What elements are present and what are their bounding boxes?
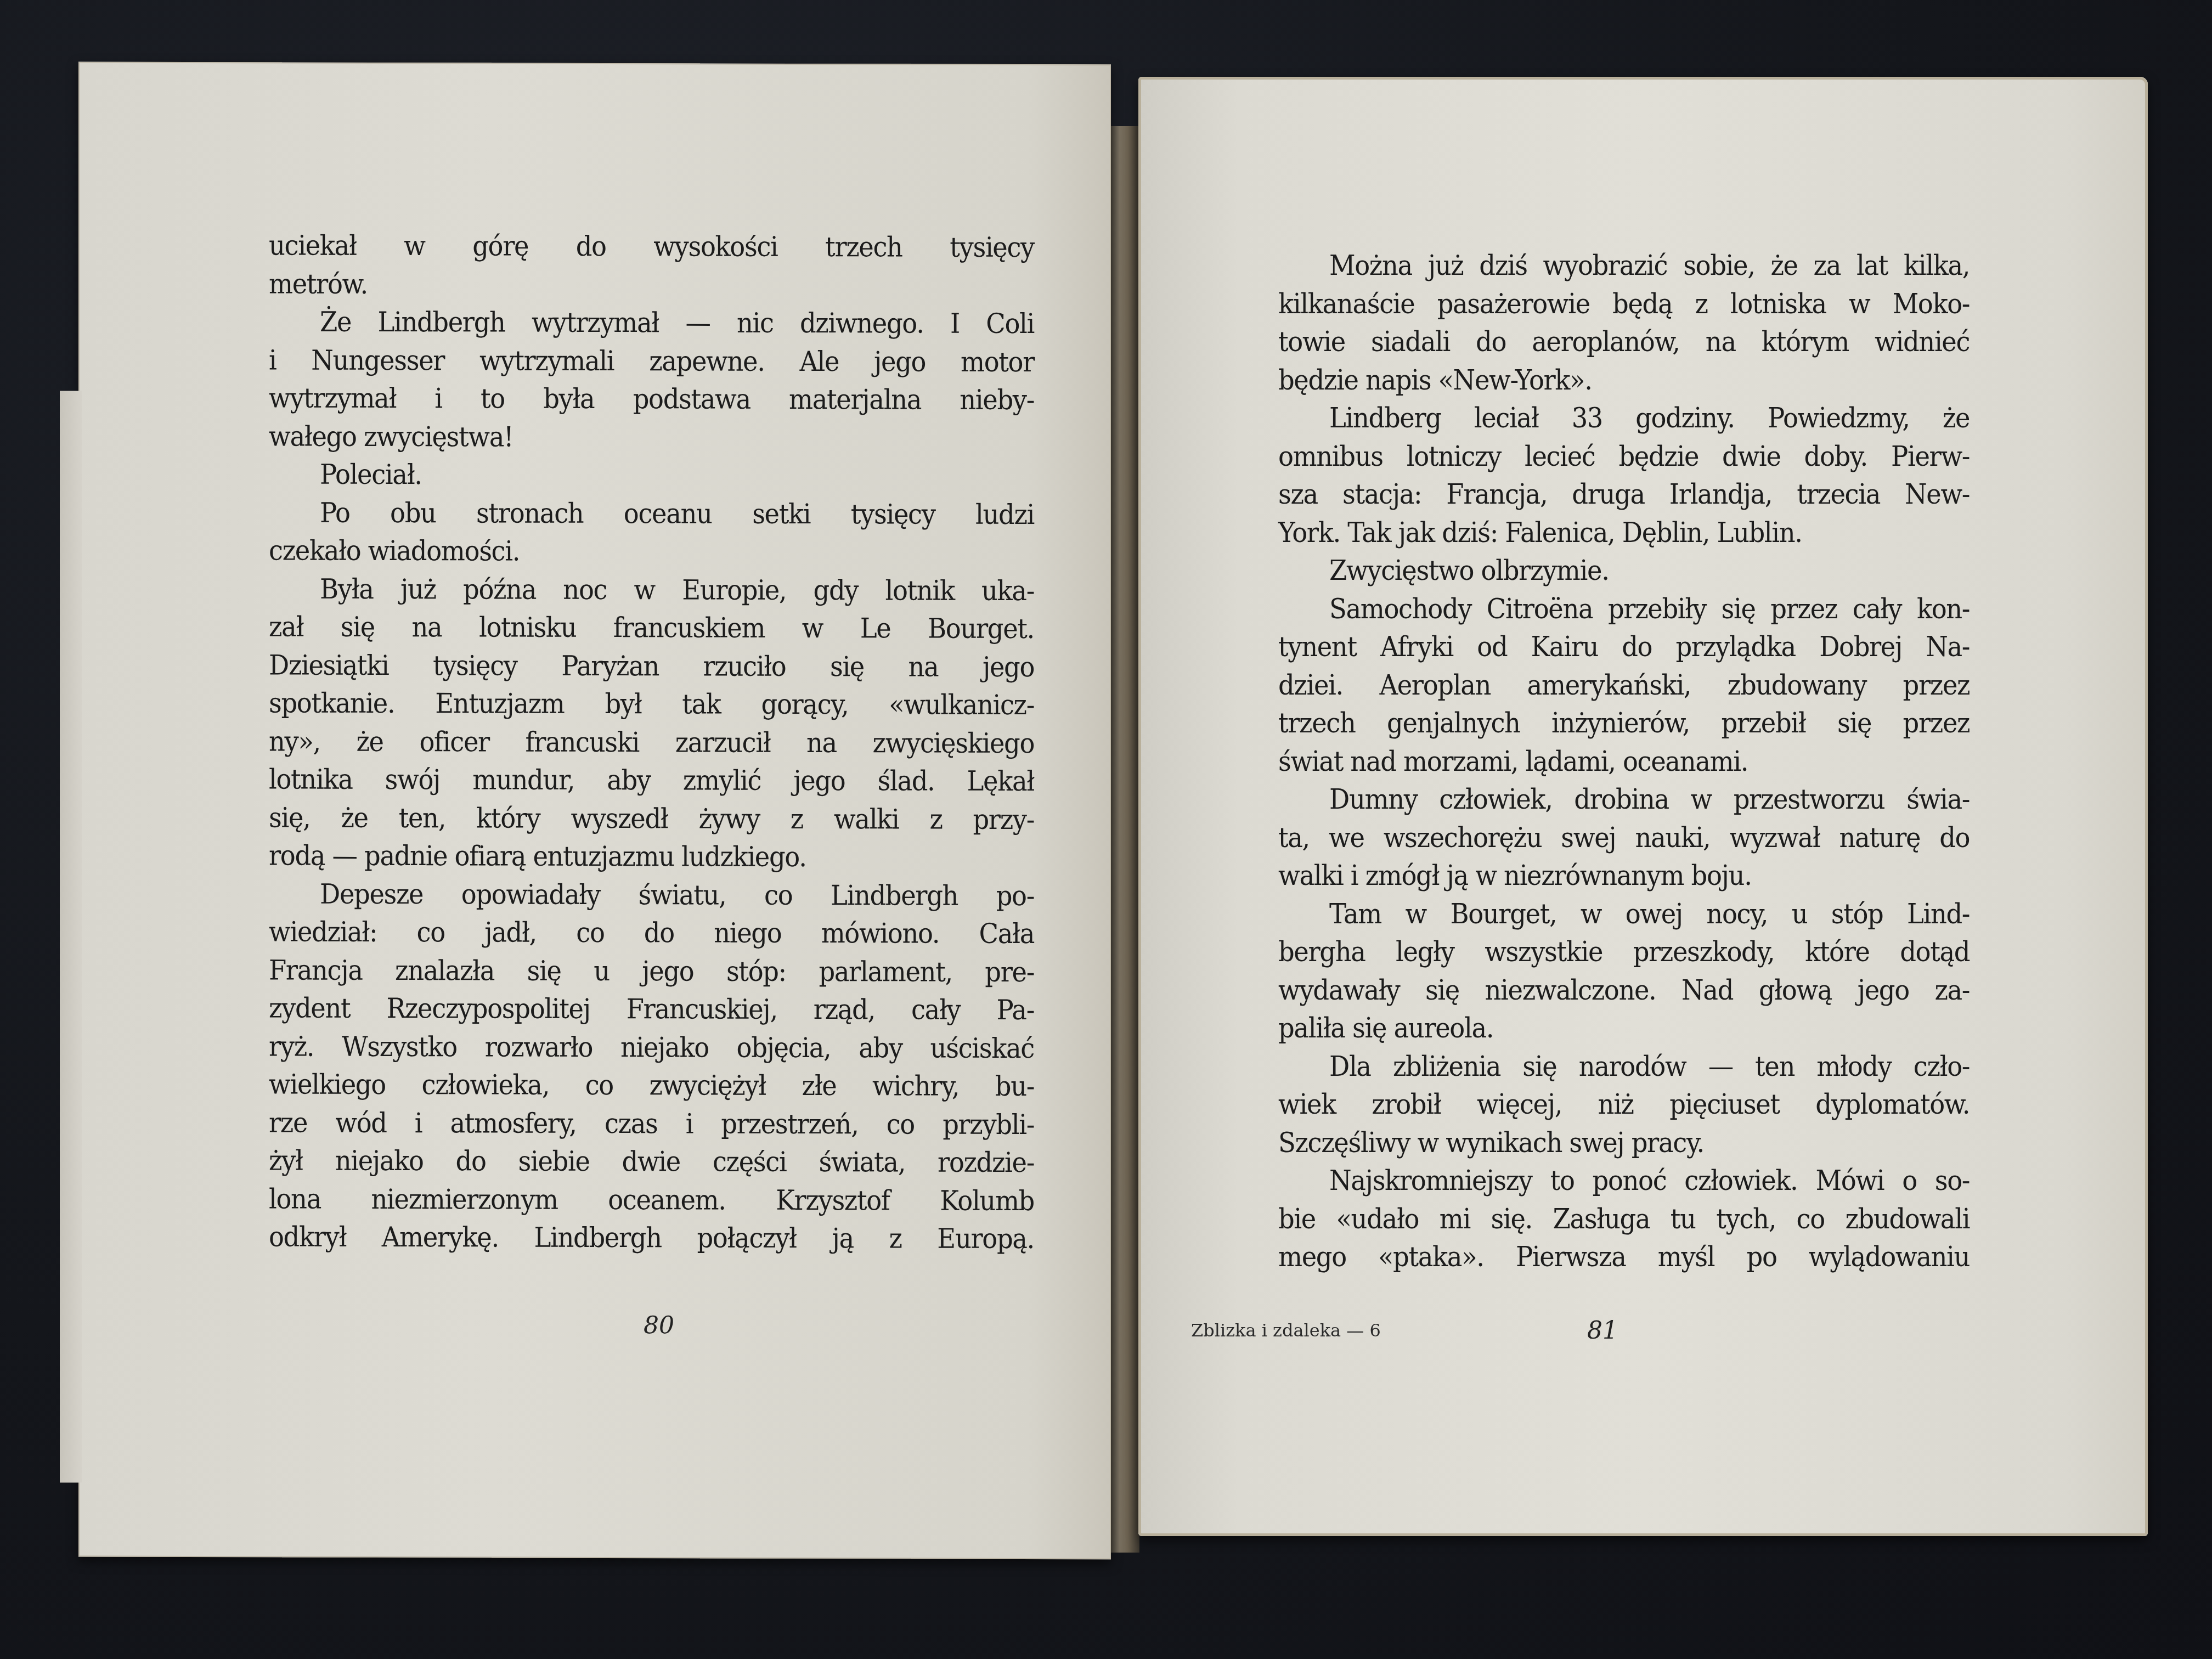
text-line: zydent Rzeczypospolitej Francuskiej, rzą… (269, 989, 1034, 1029)
text-line: kilkanaście pasażerowie będą z lotniska … (1278, 285, 1970, 324)
page-number-left: 80 (644, 1311, 674, 1339)
text-line: towie siadali do aeroplanów, na którym w… (1278, 323, 1970, 362)
text-line: Dziesiątki tysięcy Paryżan rzuciło się n… (269, 646, 1034, 686)
right-page-text: Można już dziś wyobrazić sobie, że za la… (1278, 247, 1970, 1277)
left-page-text: uciekał w górę do wysokości trzech tysię… (269, 227, 1034, 1258)
text-line: żył niejako do siebie dwie części świata… (269, 1142, 1034, 1182)
text-line: wielkiego człowieka, co zwyciężył złe wi… (269, 1065, 1034, 1105)
text-line: Tam w Bourget, w owej nocy, u stóp Lind- (1278, 895, 1970, 934)
text-line: York. Tak jak dziś: Falenica, Dęblin, Lu… (1278, 514, 1970, 552)
text-line: czekało wiadomości. (269, 532, 1034, 572)
text-line: zał się na lotnisku francuskiem w Le Bou… (269, 608, 1034, 648)
text-line: Poleciał. (269, 455, 1034, 495)
text-line: metrów. (269, 265, 1034, 305)
text-line: Samochody Citroëna przebiły się przez ca… (1278, 590, 1970, 629)
text-line: tynent Afryki od Kairu do przylądka Dobr… (1278, 628, 1970, 667)
text-line: Zwycięstwo olbrzymie. (1278, 552, 1970, 590)
text-line: ny», że oficer francuski zarzucił na zwy… (269, 723, 1034, 763)
text-line: bie «udało mi się. Zasługa tu tych, co z… (1278, 1200, 1970, 1239)
left-page: uciekał w górę do wysokości trzech tysię… (78, 62, 1111, 1560)
text-line: odkrył Amerykę. Lindbergh połączył ją z … (269, 1218, 1034, 1258)
text-line: Depesze opowiadały światu, co Lindbergh … (269, 875, 1034, 915)
text-line: Dla zbliżenia się narodów — ten młody cz… (1278, 1048, 1970, 1086)
text-line: Była już późna noc w Europie, gdy lotnik… (269, 570, 1034, 610)
text-line: Dumny człowiek, drobina w przestworzu św… (1278, 781, 1970, 819)
text-line: Szczęśliwy w wynikach swej pracy. (1278, 1124, 1970, 1163)
text-line: spotkanie. Entuzjazm był tak gorący, «wu… (269, 684, 1034, 724)
text-line: omnibus lotniczy lecieć będzie dwie doby… (1278, 438, 1970, 476)
text-line: i Nungesser wytrzymali zapewne. Ale jego… (269, 341, 1034, 381)
text-line: mego «ptaka». Pierwsza myśl po wylądowan… (1278, 1238, 1970, 1277)
signature-mark: Zblizka i zdaleka — 6 (1191, 1320, 1381, 1341)
text-line: lotnika swój mundur, aby zmylić jego śla… (269, 760, 1034, 800)
text-line: Można już dziś wyobrazić sobie, że za la… (1278, 247, 1970, 285)
text-line: sza stacja: Francja, druga Irlandja, trz… (1278, 476, 1970, 514)
text-line: dziei. Aeroplan amerykański, zbudowany p… (1278, 667, 1970, 705)
underlying-page-edge (60, 391, 82, 1482)
text-line: wiedział: co jadł, co do niego mówiono. … (269, 913, 1034, 953)
text-line: walki i zmógł ją w niezrównanym boju. (1278, 857, 1970, 895)
text-line: wydawały się niezwalczone. Nad głową jeg… (1278, 972, 1970, 1010)
text-line: wałego zwycięstwa! (269, 417, 1034, 458)
text-line: lona niezmierzonym oceanem. Krzysztof Ko… (269, 1180, 1034, 1220)
text-line: bergha legły wszystkie przeszkody, które… (1278, 933, 1970, 972)
text-line: uciekał w górę do wysokości trzech tysię… (269, 227, 1034, 267)
text-line: Po obu stronach oceanu setki tysięcy lud… (269, 494, 1034, 534)
page-number-right: 81 (1587, 1317, 1618, 1345)
text-line: rodą — padnie ofiarą entuzjazmu ludzkieg… (269, 837, 1034, 877)
text-line: świat nad morzami, lądami, oceanami. (1278, 743, 1970, 781)
text-line: Lindberg leciał 33 godziny. Powiedzmy, ż… (1278, 399, 1970, 438)
text-line: Że Lindbergh wytrzymał — nic dziwnego. I… (269, 303, 1034, 343)
text-line: trzech genjalnych inżynierów, przebił si… (1278, 704, 1970, 743)
text-line: będzie napis «New-York». (1278, 362, 1970, 400)
text-line: się, że ten, który wyszedł żywy z walki … (269, 799, 1034, 839)
text-line: Francja znalazła się u jego stóp: parlam… (269, 951, 1034, 991)
text-line: rze wód i atmosfery, czas i przestrzeń, … (269, 1104, 1034, 1144)
text-line: ryż. Wszystko rozwarło niejako objęcia, … (269, 1028, 1034, 1068)
text-line: ta, we wszechorężu swej nauki, wyzwał na… (1278, 819, 1970, 857)
text-line: wytrzymał i to była podstawa materjalna … (269, 379, 1034, 419)
right-page: Można już dziś wyobrazić sobie, że za la… (1138, 77, 2148, 1536)
text-line: paliła się aureola. (1278, 1009, 1970, 1048)
text-line: Najskromniejszy to ponoć człowiek. Mówi … (1278, 1162, 1970, 1200)
text-line: wiek zrobił więcej, niż pięciuset dyplom… (1278, 1086, 1970, 1124)
book-spine (1111, 126, 1139, 1553)
